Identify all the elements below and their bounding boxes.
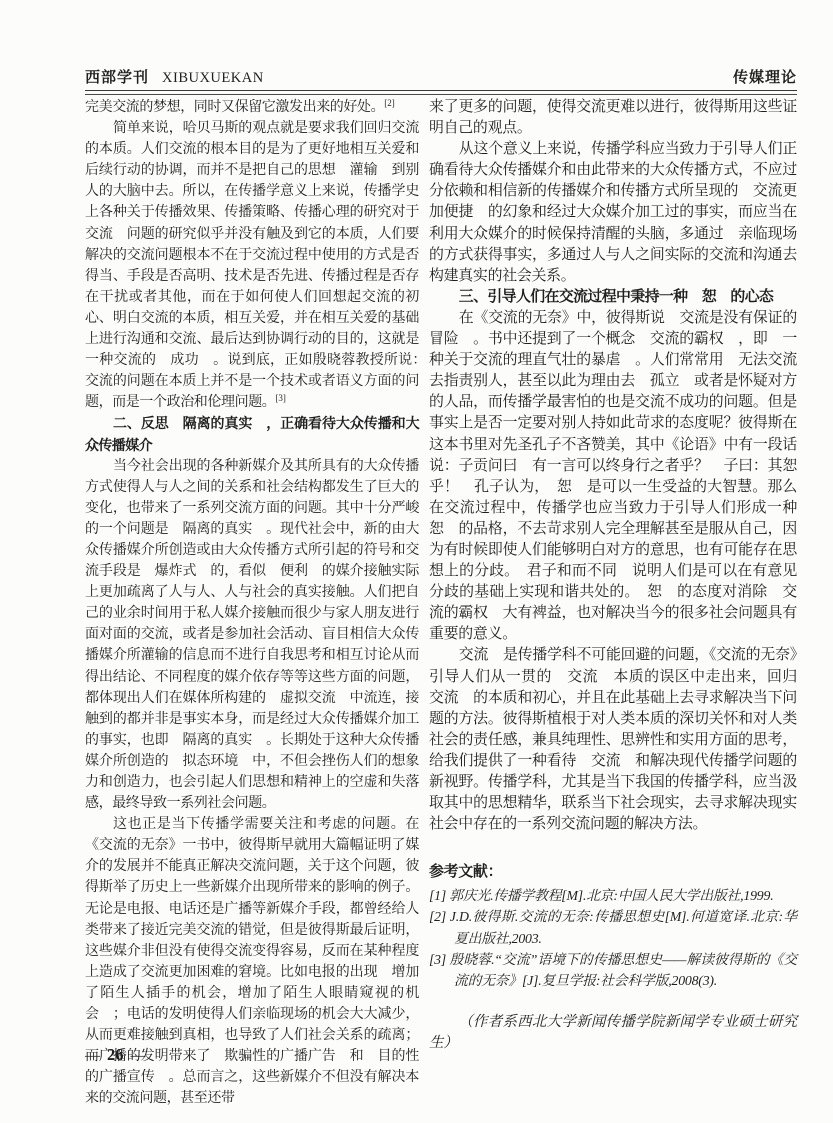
reference-item: [3] 殷晓蓉.“交流”语境下的传播思想史——解读彼得斯的《交流的无奈》[J].…	[429, 949, 797, 991]
paragraph: 简单来说，哈贝马斯的观点就是要求我们回归交流的本质。人们交流的根本目的是为了更好…	[85, 118, 419, 413]
paragraph-continuation: 来了更多的问题，使得交流更难以进行，彼得斯用这些证明自己的观点。	[429, 97, 797, 139]
paragraph: 在《交流的无奈》中，彼得斯说 交流是没有保证的冒险 。书中还提到了一个概念 交流…	[429, 308, 797, 646]
left-column: 完美交流的梦想，同时又保留它激发出来的好处。[2] 简单来说，哈贝马斯的观点就是…	[85, 97, 419, 1110]
citation-marker-3: [3]	[275, 393, 286, 403]
journal-title-pinyin: XIBUXUEKAN	[162, 70, 264, 86]
paragraph-text: 完美交流的梦想，同时又保留它激发出来的好处。	[85, 100, 384, 115]
paragraph: 从这个意义上来说，传播学科应当致力于引导人们正确看待大众传播媒介和由此带来的大众…	[429, 139, 797, 287]
page-header: 西部学刊XIBUXUEKAN 传媒理论	[85, 68, 797, 88]
footer-dash-right: —	[131, 1048, 146, 1064]
section-label: 传媒理论	[733, 68, 797, 87]
paragraph-text: 简单来说，哈贝马斯的观点就是要求我们回归交流的本质。人们交流的根本目的是为了更好…	[85, 121, 433, 410]
references-heading: 参考文献：	[429, 862, 797, 883]
page-footer: —26—	[85, 1045, 146, 1065]
reference-item: [1] 郭庆光.传播学教程[M].北京:中国人民大学出版社,1999.	[429, 885, 797, 906]
author-note: （作者系西北大学新闻传播学院新闻学专业硕士研究生）	[429, 1012, 797, 1054]
reference-item: [2] J.D.彼得斯.交流的无奈:传播思想史[M].何道宽译.北京:华夏出版社…	[429, 906, 797, 948]
right-column: 来了更多的问题，使得交流更难以进行，彼得斯用这些证明自己的观点。 从这个意义上来…	[429, 97, 797, 1054]
footer-dash-left: —	[85, 1048, 100, 1064]
paragraph: 交流 是传播学科不可能回避的问题，《交流的无奈》引导人们从一贯的 交流 本质的误…	[429, 645, 797, 835]
paragraph: 当今社会出现的各种新媒介及其所具有的大众传播方式使得人与人之间的关系和社会结构都…	[85, 456, 419, 815]
page-number: 26	[107, 1045, 124, 1064]
journal-title-cn: 西部学刊	[85, 69, 149, 86]
section-heading-3: 三、引导人们在交流过程中秉持一种 恕 的心态	[429, 287, 797, 308]
paragraph: 这也正是当下传播学需要关注和考虑的问题。在《交流的无奈》一书中，彼得斯早就用大篇…	[85, 814, 419, 1109]
references-section: 参考文献： [1] 郭庆光.传播学教程[M].北京:中国人民大学出版社,1999…	[429, 862, 797, 991]
section-heading-2: 二、反思 隔离的真实 ，正确看待大众传播和大众传播媒介	[85, 413, 419, 455]
paragraph-continuation: 完美交流的梦想，同时又保留它激发出来的好处。[2]	[85, 97, 419, 118]
citation-marker-2: [2]	[384, 98, 395, 108]
header-rule	[85, 90, 797, 95]
journal-page: 西部学刊XIBUXUEKAN 传媒理论 完美交流的梦想，同时又保留它激发出来的好…	[0, 0, 833, 1123]
